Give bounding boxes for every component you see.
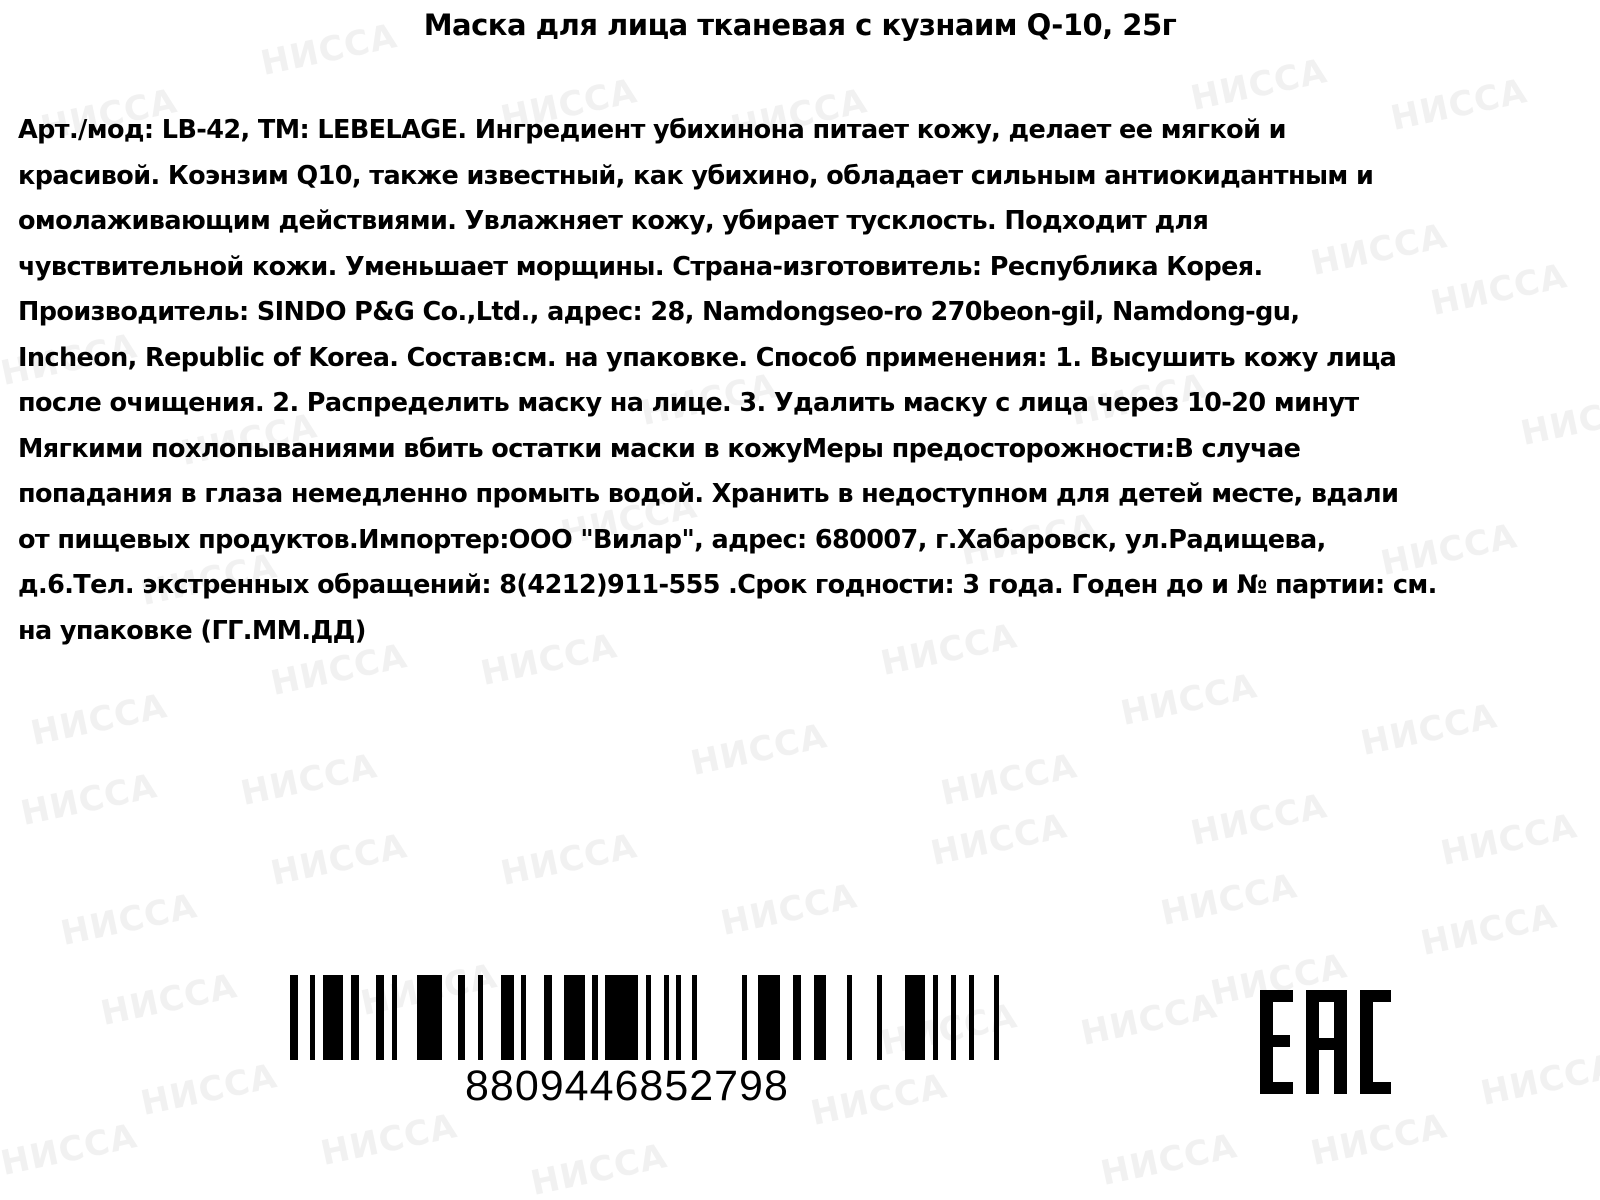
barcode-space xyxy=(514,975,522,1060)
barcode-space xyxy=(938,975,951,1060)
watermark-logo-icon: НИССА xyxy=(1477,1046,1600,1114)
watermark-logo-icon: НИССА xyxy=(267,826,410,894)
description-line: Incheon, Republic of Korea. Состав:см. н… xyxy=(18,336,1598,382)
watermark-logo-icon: НИССА xyxy=(0,1116,141,1184)
barcode-space xyxy=(826,975,846,1060)
barcode-space xyxy=(974,975,994,1060)
barcode-bar xyxy=(290,975,298,1060)
eac-glyph xyxy=(1258,988,1393,1096)
barcode-space xyxy=(747,975,757,1060)
barcode-bar xyxy=(458,975,466,1060)
watermark-logo-icon: НИССА xyxy=(317,1106,460,1174)
watermark-logo-icon: НИССА xyxy=(1307,1106,1450,1174)
barcode-bar xyxy=(351,975,359,1060)
watermark-logo-icon: НИССА xyxy=(1077,986,1220,1054)
barcode-space xyxy=(384,975,392,1060)
barcode-space xyxy=(801,975,814,1060)
barcode-space xyxy=(483,975,501,1060)
barcode-bar xyxy=(376,975,384,1060)
barcode-space xyxy=(638,975,646,1060)
watermark-logo-icon: НИССА xyxy=(1187,786,1330,854)
description-line: Арт./мод: LB-42, ТМ: LEBELAGE. Ингредиен… xyxy=(18,108,1598,154)
barcode-bar xyxy=(417,975,442,1060)
barcode-space xyxy=(397,975,417,1060)
barcode-bar xyxy=(605,975,638,1060)
barcode-bar xyxy=(564,975,584,1060)
barcode-bar xyxy=(544,975,552,1060)
barcode-space xyxy=(585,975,593,1060)
watermark-logo-icon: НИССА xyxy=(1417,896,1560,964)
description-line: чувствительной кожи. Уменьшает морщины. … xyxy=(18,245,1598,291)
barcode-space xyxy=(343,975,351,1060)
barcode-space xyxy=(315,975,323,1060)
description-line: Производитель: SINDO P&G Co.,Ltd., адрес… xyxy=(18,290,1598,336)
description-line: попадания в глаза немедленно промыть вод… xyxy=(18,472,1598,518)
barcode-space xyxy=(852,975,877,1060)
barcode-bar xyxy=(793,975,801,1060)
barcode-bar xyxy=(905,975,925,1060)
barcode-space xyxy=(925,975,933,1060)
barcode-space xyxy=(359,975,377,1060)
description-line: красивой. Коэнзим Q10, также известный, … xyxy=(18,154,1598,200)
watermark-logo-icon: НИССА xyxy=(937,746,1080,814)
watermark-logo-icon: НИССА xyxy=(137,1056,280,1124)
product-title: Маска для лица тканевая с кузнаим Q-10, … xyxy=(0,8,1600,42)
watermark-logo-icon: НИССА xyxy=(1357,696,1500,764)
product-description: Арт./мод: LB-42, ТМ: LEBELAGE. Ингредиен… xyxy=(18,108,1598,654)
watermark-logo-icon: НИССА xyxy=(27,686,170,754)
barcode-space xyxy=(669,975,677,1060)
barcode-bar xyxy=(323,975,343,1060)
description-line: на упаковке (ГГ.ММ.ДД) xyxy=(18,609,1598,655)
description-line: д.6.Тел. экстренных обращений: 8(4212)91… xyxy=(18,563,1598,609)
watermark-logo-icon: НИССА xyxy=(57,886,200,954)
barcode-space xyxy=(298,975,311,1060)
barcode-icon xyxy=(290,975,1060,1060)
watermark-logo-icon: НИССА xyxy=(97,966,240,1034)
watermark-logo-icon: НИССА xyxy=(237,746,380,814)
barcode-bar xyxy=(758,975,781,1060)
watermark-logo-icon: НИССА xyxy=(927,806,1070,874)
barcode-space xyxy=(780,975,793,1060)
barcode-space xyxy=(956,975,969,1060)
barcode-space xyxy=(697,975,743,1060)
description-line: омолаживающим действиями. Увлажняет кожу… xyxy=(18,199,1598,245)
barcode-space xyxy=(465,975,478,1060)
barcode-number: 8809446852798 xyxy=(290,1062,1060,1111)
barcode-space xyxy=(526,975,544,1060)
barcode-bar xyxy=(814,975,827,1060)
watermark-logo-icon: НИССА xyxy=(687,716,830,784)
barcode-space xyxy=(651,975,664,1060)
description-line: Мягкими похлопываниями вбить остатки мас… xyxy=(18,427,1598,473)
barcode-space xyxy=(552,975,565,1060)
watermark-logo-icon: НИССА xyxy=(1437,806,1580,874)
barcode-space xyxy=(598,975,606,1060)
barcode-bar xyxy=(501,975,514,1060)
description-line: после очищения. 2. Распределить маску на… xyxy=(18,381,1598,427)
description-line: от пищевых продуктов.Импортер:ООО "Вилар… xyxy=(18,518,1598,564)
watermark-logo-icon: НИССА xyxy=(717,876,860,944)
barcode-space xyxy=(882,975,905,1060)
watermark-logo-icon: НИССА xyxy=(1157,866,1300,934)
watermark-logo-icon: НИССА xyxy=(527,1136,670,1200)
eac-mark-icon xyxy=(1258,988,1393,1096)
barcode-space xyxy=(681,975,691,1060)
watermark-logo-icon: НИССА xyxy=(1097,1126,1240,1194)
barcode-space xyxy=(999,975,1035,1060)
watermark-logo-icon: НИССА xyxy=(1117,666,1260,734)
watermark-logo-icon: НИССА xyxy=(497,826,640,894)
barcode-space xyxy=(442,975,457,1060)
watermark-logo-icon: НИССА xyxy=(17,766,160,834)
